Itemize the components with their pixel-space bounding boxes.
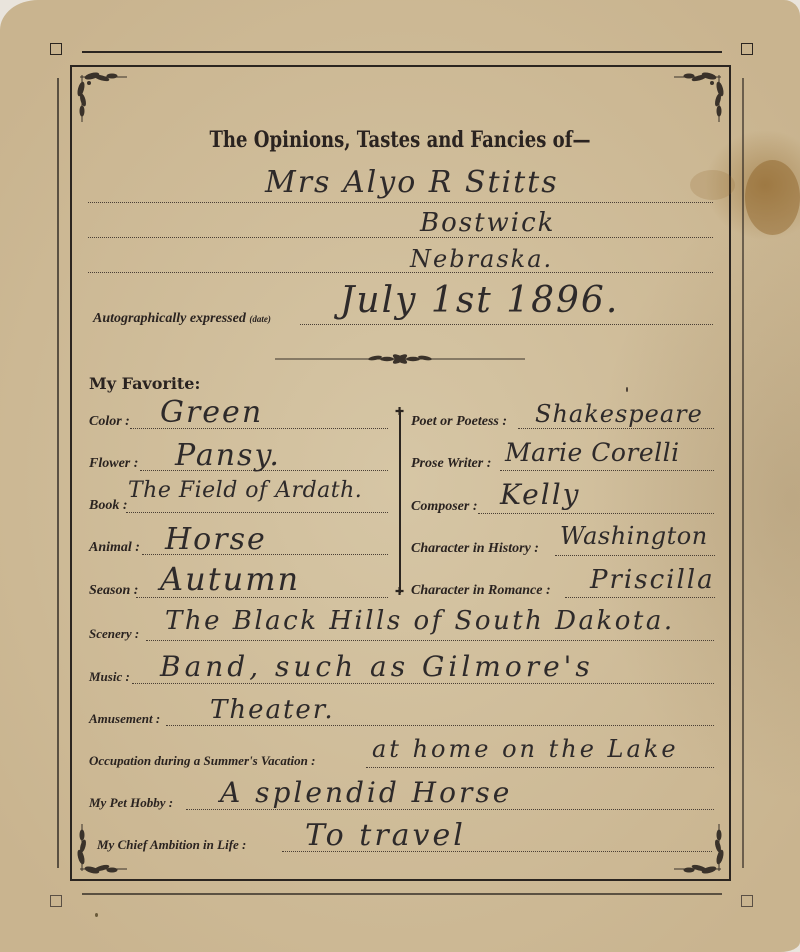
corner-box-tr-icon	[741, 43, 753, 55]
water-stain	[690, 170, 735, 200]
outer-frame-top	[82, 51, 722, 53]
ink-speck	[626, 387, 628, 392]
season-label: Season :	[89, 583, 138, 599]
composer-line	[478, 513, 714, 514]
amusement-label: Amusement :	[89, 711, 160, 727]
outer-frame-right	[742, 78, 744, 868]
section-heading: My Favorite:	[89, 374, 200, 393]
water-stain	[745, 160, 800, 235]
scenery-value: The Black Hills of South Dakota.	[165, 606, 675, 636]
prose-writer-line	[500, 470, 714, 471]
poet-label: Poet or Poetess :	[411, 414, 507, 430]
occupation-value: at home on the Lake	[372, 735, 679, 763]
address-line-1	[88, 237, 713, 238]
book-value: The Field of Ardath.	[128, 478, 362, 503]
floral-corner-icon	[669, 819, 729, 879]
music-value: Band, such as Gilmore's	[160, 650, 594, 683]
corner-box-tl-icon	[50, 43, 62, 55]
address-line-2	[88, 272, 713, 273]
poet-value: Shakespeare	[535, 400, 703, 428]
flower-label: Flower :	[89, 456, 138, 472]
floral-corner-icon	[669, 67, 729, 127]
composer-value: Kelly	[500, 478, 580, 511]
date-line	[300, 324, 713, 325]
color-value: Green	[160, 395, 263, 430]
fleur-bottom-icon: ✚	[395, 585, 404, 598]
character-history-value: Washington	[560, 522, 708, 550]
signature-name: Mrs Alyo R Stitts	[265, 165, 559, 200]
ambition-label: My Chief Ambition in Life :	[97, 837, 246, 853]
character-romance-line	[565, 597, 715, 598]
signature-town: Bostwick	[420, 208, 555, 238]
color-label: Color :	[89, 414, 130, 430]
album-page: The Opinions, Tastes and Fancies of— Mrs…	[0, 0, 800, 952]
animal-value: Horse	[165, 522, 267, 557]
outer-frame-bottom	[82, 893, 722, 895]
laurel-divider-icon	[275, 352, 525, 366]
character-romance-value: Priscilla	[590, 565, 715, 595]
character-romance-label: Character in Romance :	[411, 583, 551, 599]
composer-label: Composer :	[411, 499, 478, 515]
season-value: Autumn	[160, 560, 300, 598]
occupation-label: Occupation during a Summer's Vacation :	[89, 753, 315, 769]
floral-corner-icon	[72, 67, 132, 127]
book-label: Book :	[89, 498, 128, 514]
date-label-text: Autographically expressed	[93, 311, 246, 326]
date-value: July 1st 1896.	[340, 280, 619, 321]
ink-speck	[95, 913, 98, 917]
date-label: Autographically expressed (date)	[93, 311, 271, 327]
amusement-line	[166, 725, 714, 726]
amusement-value: Theater.	[210, 695, 335, 725]
flower-value: Pansy.	[175, 438, 281, 473]
page-title: The Opinions, Tastes and Fancies of—	[72, 127, 728, 153]
name-line	[88, 202, 713, 203]
occupation-line	[366, 767, 714, 768]
character-history-label: Character in History :	[411, 541, 539, 557]
music-line	[132, 683, 714, 684]
scenery-line	[146, 640, 714, 641]
date-label-suffix: (date)	[249, 314, 271, 324]
fleur-top-icon: ✚	[395, 405, 404, 418]
ambition-value: To travel	[305, 818, 466, 853]
scenery-label: Scenery :	[89, 626, 139, 642]
pet-hobby-label: My Pet Hobby :	[89, 795, 173, 811]
prose-writer-value: Marie Corelli	[505, 438, 680, 467]
poet-line	[518, 428, 714, 429]
fleur-rule-icon	[399, 410, 401, 593]
signature-state: Nebraska.	[410, 245, 553, 273]
character-history-line	[555, 555, 715, 556]
book-line	[126, 512, 388, 513]
prose-writer-label: Prose Writer :	[411, 456, 491, 472]
corner-box-bl-icon	[50, 895, 62, 907]
animal-label: Animal :	[89, 540, 140, 556]
corner-box-br-icon	[741, 895, 753, 907]
pet-hobby-value: A splendid Horse	[220, 776, 512, 809]
music-label: Music :	[89, 669, 130, 685]
outer-frame-left	[57, 78, 59, 868]
pet-hobby-line	[186, 809, 714, 810]
